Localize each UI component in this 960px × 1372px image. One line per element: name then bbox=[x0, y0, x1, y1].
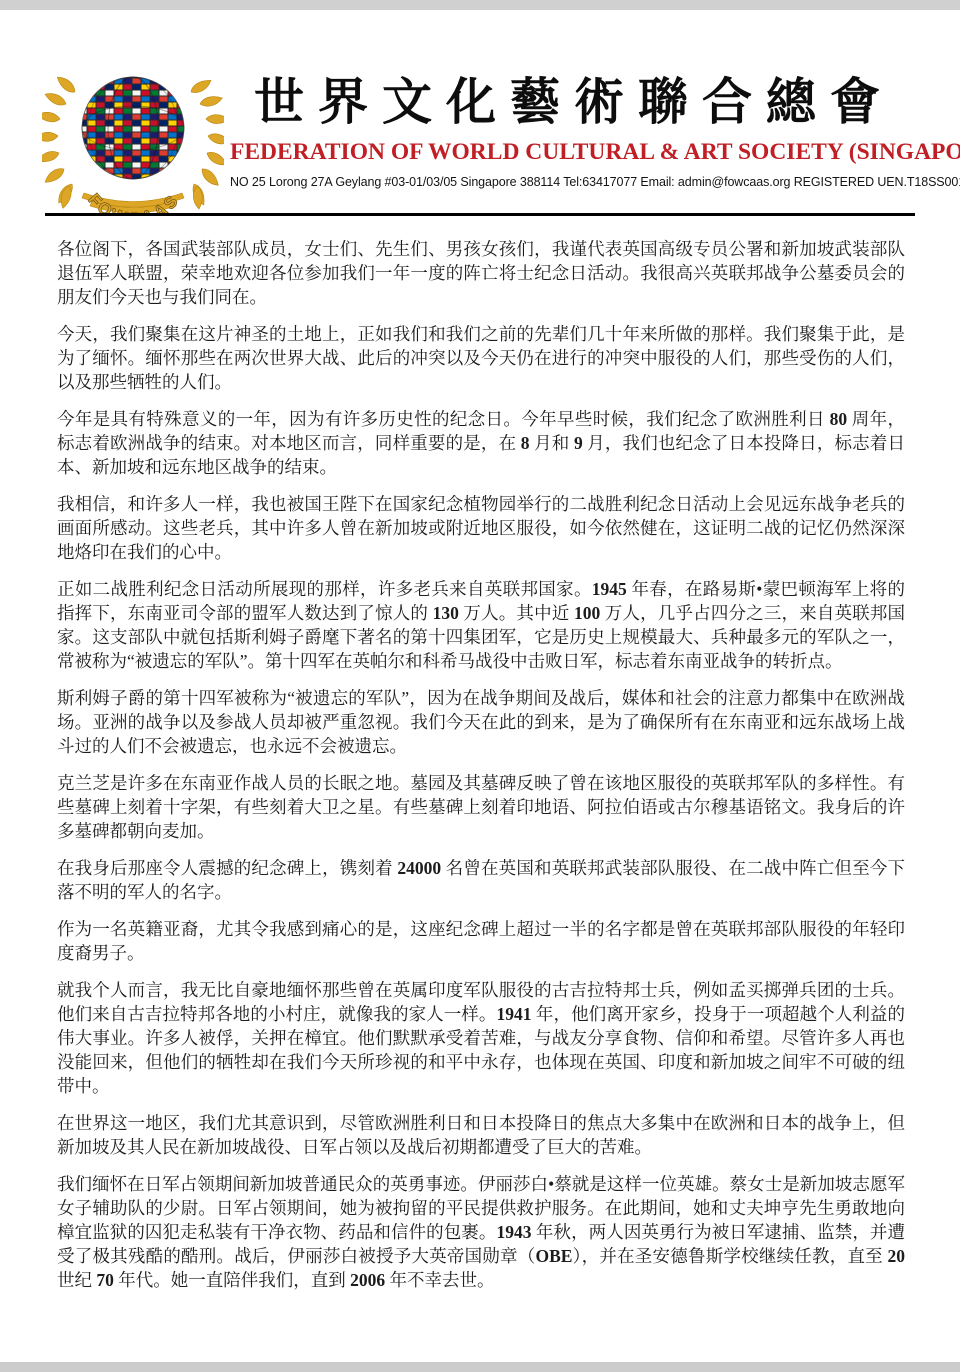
paragraph: 作为一名英籍亚裔，尤其令我感到痛心的是，这座纪念碑上超过一半的名字都是曾在英联邦… bbox=[57, 917, 905, 965]
address-line: NO 25 Lorong 27A Geylang #03-01/03/05 Si… bbox=[230, 175, 918, 189]
header-divider bbox=[45, 213, 915, 216]
org-name-chinese: 世界文化藝術聯合總會 bbox=[230, 74, 918, 132]
globe-wreath-icon: FOWCAAS bbox=[42, 66, 224, 216]
paragraph: 我相信，和许多人一样，我也被国王陛下在国家纪念植物园举行的二战胜利纪念日活动上会… bbox=[57, 492, 905, 564]
paragraph: 在我身后那座令人震撼的纪念碑上，镌刻着 24000 名曾在英国和英联邦武装部队服… bbox=[57, 856, 905, 904]
document-page: FOWCAAS 世界文化藝術聯合總會 FEDERATION OF WORLD C… bbox=[0, 0, 960, 1372]
flag-globe bbox=[82, 77, 184, 179]
paragraph: 克兰芝是许多在东南亚作战人员的长眠之地。墓园及其墓碑反映了曾在该地区服役的英联邦… bbox=[57, 771, 905, 843]
scan-edge-top bbox=[0, 0, 960, 10]
org-name-english: FEDERATION OF WORLD CULTURAL & ART SOCIE… bbox=[230, 139, 918, 166]
scan-edge-bottom bbox=[0, 1362, 960, 1372]
paragraph: 斯利姆子爵的第十四军被称为“被遗忘的军队”，因为在战争期间及战后，媒体和社会的注… bbox=[57, 686, 905, 758]
letterhead-text: 世界文化藝術聯合總會 FEDERATION OF WORLD CULTURAL … bbox=[230, 60, 918, 189]
paragraph: 正如二战胜利纪念日活动所展现的那样，许多老兵来自英联邦国家。1945 年春，在路… bbox=[57, 577, 905, 673]
paragraph: 我们缅怀在日军占领期间新加坡普通民众的英勇事迹。伊丽莎白•蔡就是这样一位英雄。蔡… bbox=[57, 1172, 905, 1292]
paragraph: 今天，我们聚集在这片神圣的土地上，正如我们和我们之前的先辈们几十年来所做的那样。… bbox=[57, 322, 905, 394]
letterhead: FOWCAAS 世界文化藝術聯合總會 FEDERATION OF WORLD C… bbox=[42, 60, 918, 221]
paragraph: 各位阁下，各国武装部队成员，女士们、先生们、男孩女孩们，我谨代表英国高级专员公署… bbox=[57, 237, 905, 309]
paragraph: 就我个人而言，我无比自豪地缅怀那些曾在英属印度军队服役的古吉拉特邦士兵，例如孟买… bbox=[57, 978, 905, 1098]
letter-body: 各位阁下，各国武装部队成员，女士们、先生们、男孩女孩们，我谨代表英国高级专员公署… bbox=[57, 237, 905, 1305]
paragraph: 今年是具有特殊意义的一年，因为有许多历史性的纪念日。今年早些时候，我们纪念了欧洲… bbox=[57, 407, 905, 479]
fowcaas-logo: FOWCAAS bbox=[42, 66, 230, 221]
paragraph: 在世界这一地区，我们尤其意识到，尽管欧洲胜利日和日本投降日的焦点大多集中在欧洲和… bbox=[57, 1111, 905, 1159]
